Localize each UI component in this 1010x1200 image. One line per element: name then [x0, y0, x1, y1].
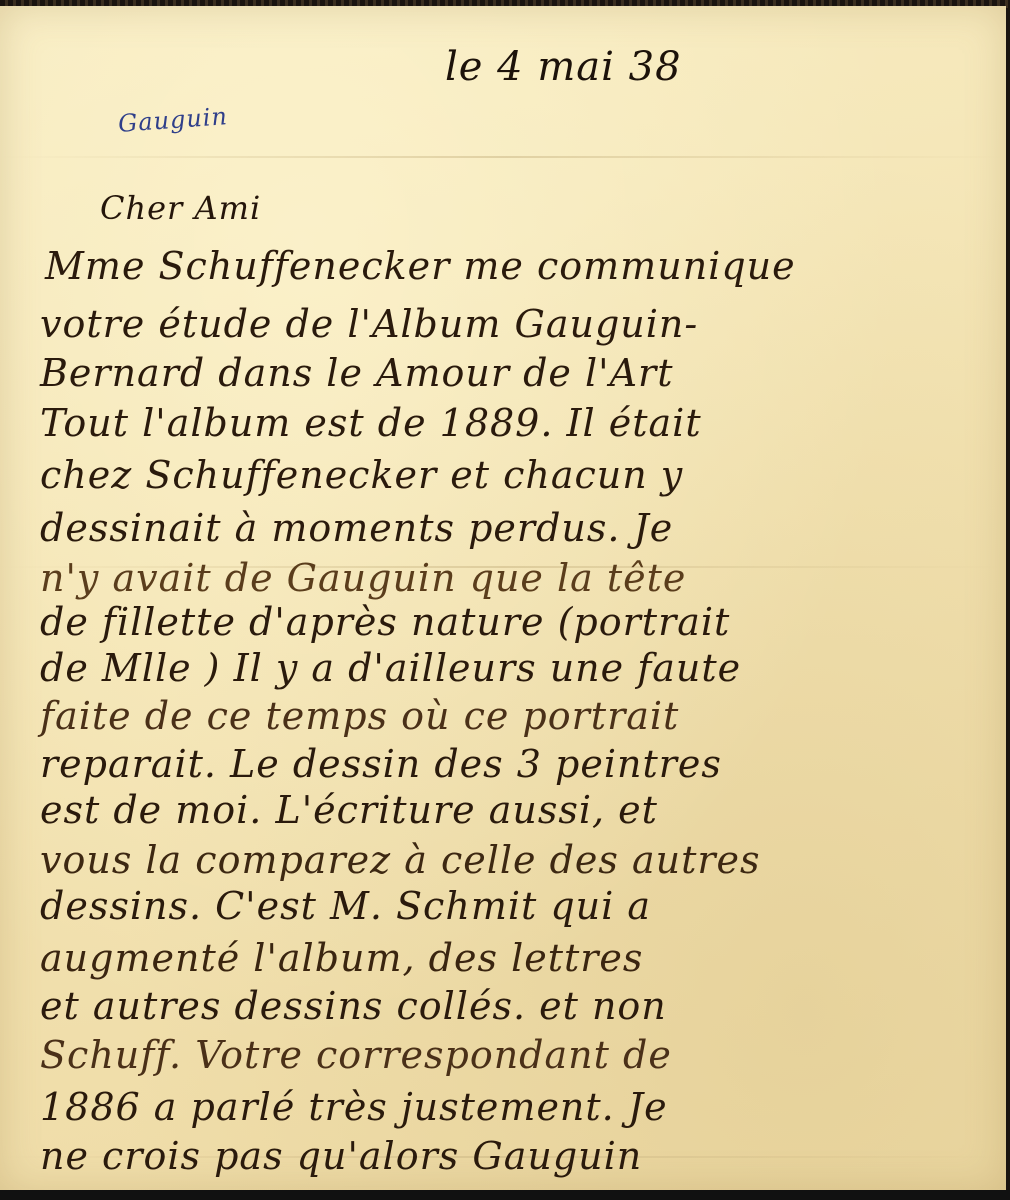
- letter-line-5: chez Schuffenecker et chacun y: [40, 453, 683, 497]
- letter-line-18: 1886 a parlé très justement. Je: [40, 1085, 668, 1129]
- letter-line-8: de fillette d'après nature (portrait: [40, 600, 730, 644]
- letter-line-13: vous la comparez à celle des autres: [40, 838, 761, 882]
- letter-line-6: dessinait à moments perdus. Je: [40, 506, 673, 550]
- letter-line-4: Tout l'album est de 1889. Il était: [40, 401, 702, 445]
- letter-line-9: de Mlle ) Il y a d'ailleurs une faute: [40, 646, 741, 690]
- letter-line-3: Bernard dans le Amour de l'Art: [40, 351, 673, 395]
- letter-line-15: augmenté l'album, des lettres: [40, 936, 643, 980]
- margin-annotation: Gauguin: [117, 102, 229, 138]
- salutation: Cher Ami: [100, 189, 261, 227]
- letter-date: le 4 mai 38: [445, 44, 682, 90]
- letter-line-17: Schuff. Votre correspondant de: [40, 1033, 672, 1077]
- letter-line-14: dessins. C'est M. Schmit qui a: [40, 884, 651, 928]
- letter-line-12: est de moi. L'écriture aussi, et: [40, 788, 658, 832]
- paper-fold: [0, 156, 1006, 158]
- letter-page: le 4 mai 38 Gauguin Cher Ami Mme Schuffe…: [0, 6, 1006, 1192]
- letter-line-7: n'y avait de Gauguin que la tête: [40, 556, 686, 600]
- letter-line-11: reparait. Le dessin des 3 peintres: [40, 742, 722, 786]
- letter-line-19: ne crois pas qu'alors Gauguin: [40, 1134, 642, 1178]
- letter-line-10: faite de ce temps où ce portrait: [40, 694, 679, 738]
- letter-line-16: et autres dessins collés. et non: [40, 984, 667, 1028]
- letter-line-2: votre étude de l'Album Gauguin-: [40, 302, 698, 346]
- page-bottom-edge: [0, 1190, 1010, 1200]
- letter-line-1: Mme Schuffenecker me communique: [45, 244, 796, 288]
